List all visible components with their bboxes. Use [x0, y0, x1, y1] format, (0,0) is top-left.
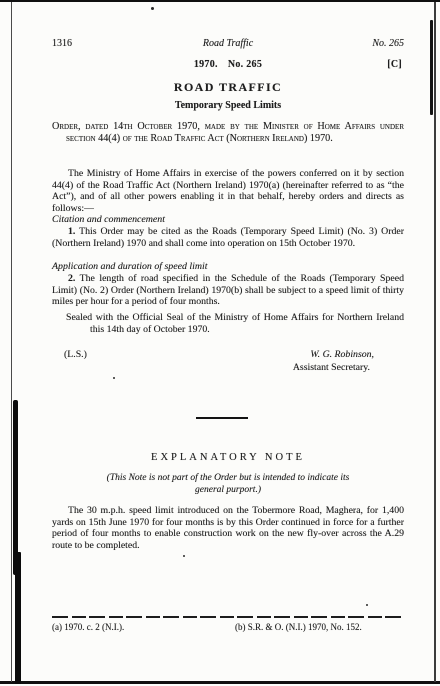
scan-ink-mark [15, 552, 21, 684]
article-1-number: 1. [68, 226, 75, 237]
sr-number: No. 265 [228, 59, 262, 70]
explanatory-note-parenthetical: (This Note is not part of the Order but … [52, 473, 404, 496]
signatory-name: W. G. Robinson, [310, 349, 374, 360]
scan-border-left [11, 2, 12, 682]
scan-ink-mark [13, 400, 18, 575]
article-2: 2. The length of road specified in the S… [52, 273, 404, 308]
order-recital: Order, dated 14th October 1970, made by … [52, 121, 404, 145]
explanatory-note-body: The 30 m.p.h. speed limit introduced on … [52, 505, 404, 551]
issue-number: No. 265 [320, 38, 404, 49]
scan-border-bottom [0, 681, 440, 684]
article-2-number: 2. [68, 273, 75, 284]
scan-border-top [0, 0, 440, 2]
running-title: Road Traffic [136, 38, 320, 49]
classification-mark: [C] [387, 59, 402, 70]
seal-abbreviation: (L.S.) [64, 349, 87, 360]
scan-speck [151, 7, 154, 10]
page-number: 1316 [52, 38, 136, 49]
scan-speck [183, 555, 185, 557]
footnote-b: (b) S.R. & O. (N.I.) 1970, No. 152. [235, 622, 362, 632]
page-title: ROAD TRAFFIC [52, 80, 404, 95]
enacting-text: The Ministry of Home Affairs in exercise… [52, 168, 404, 214]
scanned-statutory-rule-page: 1316 Road Traffic No. 265 1970.No. 265 [… [0, 0, 440, 686]
running-header: 1316 Road Traffic No. 265 [52, 38, 404, 49]
subject-title: Temporary Speed Limits [52, 100, 404, 111]
article-heading-citation: Citation and commencement [52, 214, 404, 225]
article-1: 1. This Order may be cited as the Roads … [52, 226, 404, 249]
sealing-clause: Sealed with the Official Seal of the Min… [52, 312, 404, 335]
footnote-rule [52, 616, 404, 618]
footnotes: (a) 1970. c. 2 (N.I.). (b) S.R. & O. (N.… [52, 622, 404, 632]
footnote-a: (a) 1970. c. 2 (N.I.). [52, 622, 235, 632]
article-heading-application: Application and duration of speed limit [52, 261, 404, 272]
scan-border-right [434, 2, 436, 682]
article-1-text: This Order may be cited as the Roads (Te… [52, 226, 404, 249]
scan-ink-mark [430, 20, 433, 115]
scan-speck [366, 604, 368, 606]
explanatory-note-heading: EXPLANATORY NOTE [52, 452, 404, 463]
scan-speck [113, 377, 115, 379]
year-number-line: 1970.No. 265 [C] [52, 59, 404, 70]
section-divider-rule [196, 417, 248, 419]
year: 1970. [194, 59, 218, 70]
signatory-title: Assistant Secretary. [52, 362, 404, 373]
signature-row: (L.S.) W. G. Robinson, [52, 349, 404, 360]
article-2-text: The length of road specified in the Sche… [52, 273, 404, 307]
